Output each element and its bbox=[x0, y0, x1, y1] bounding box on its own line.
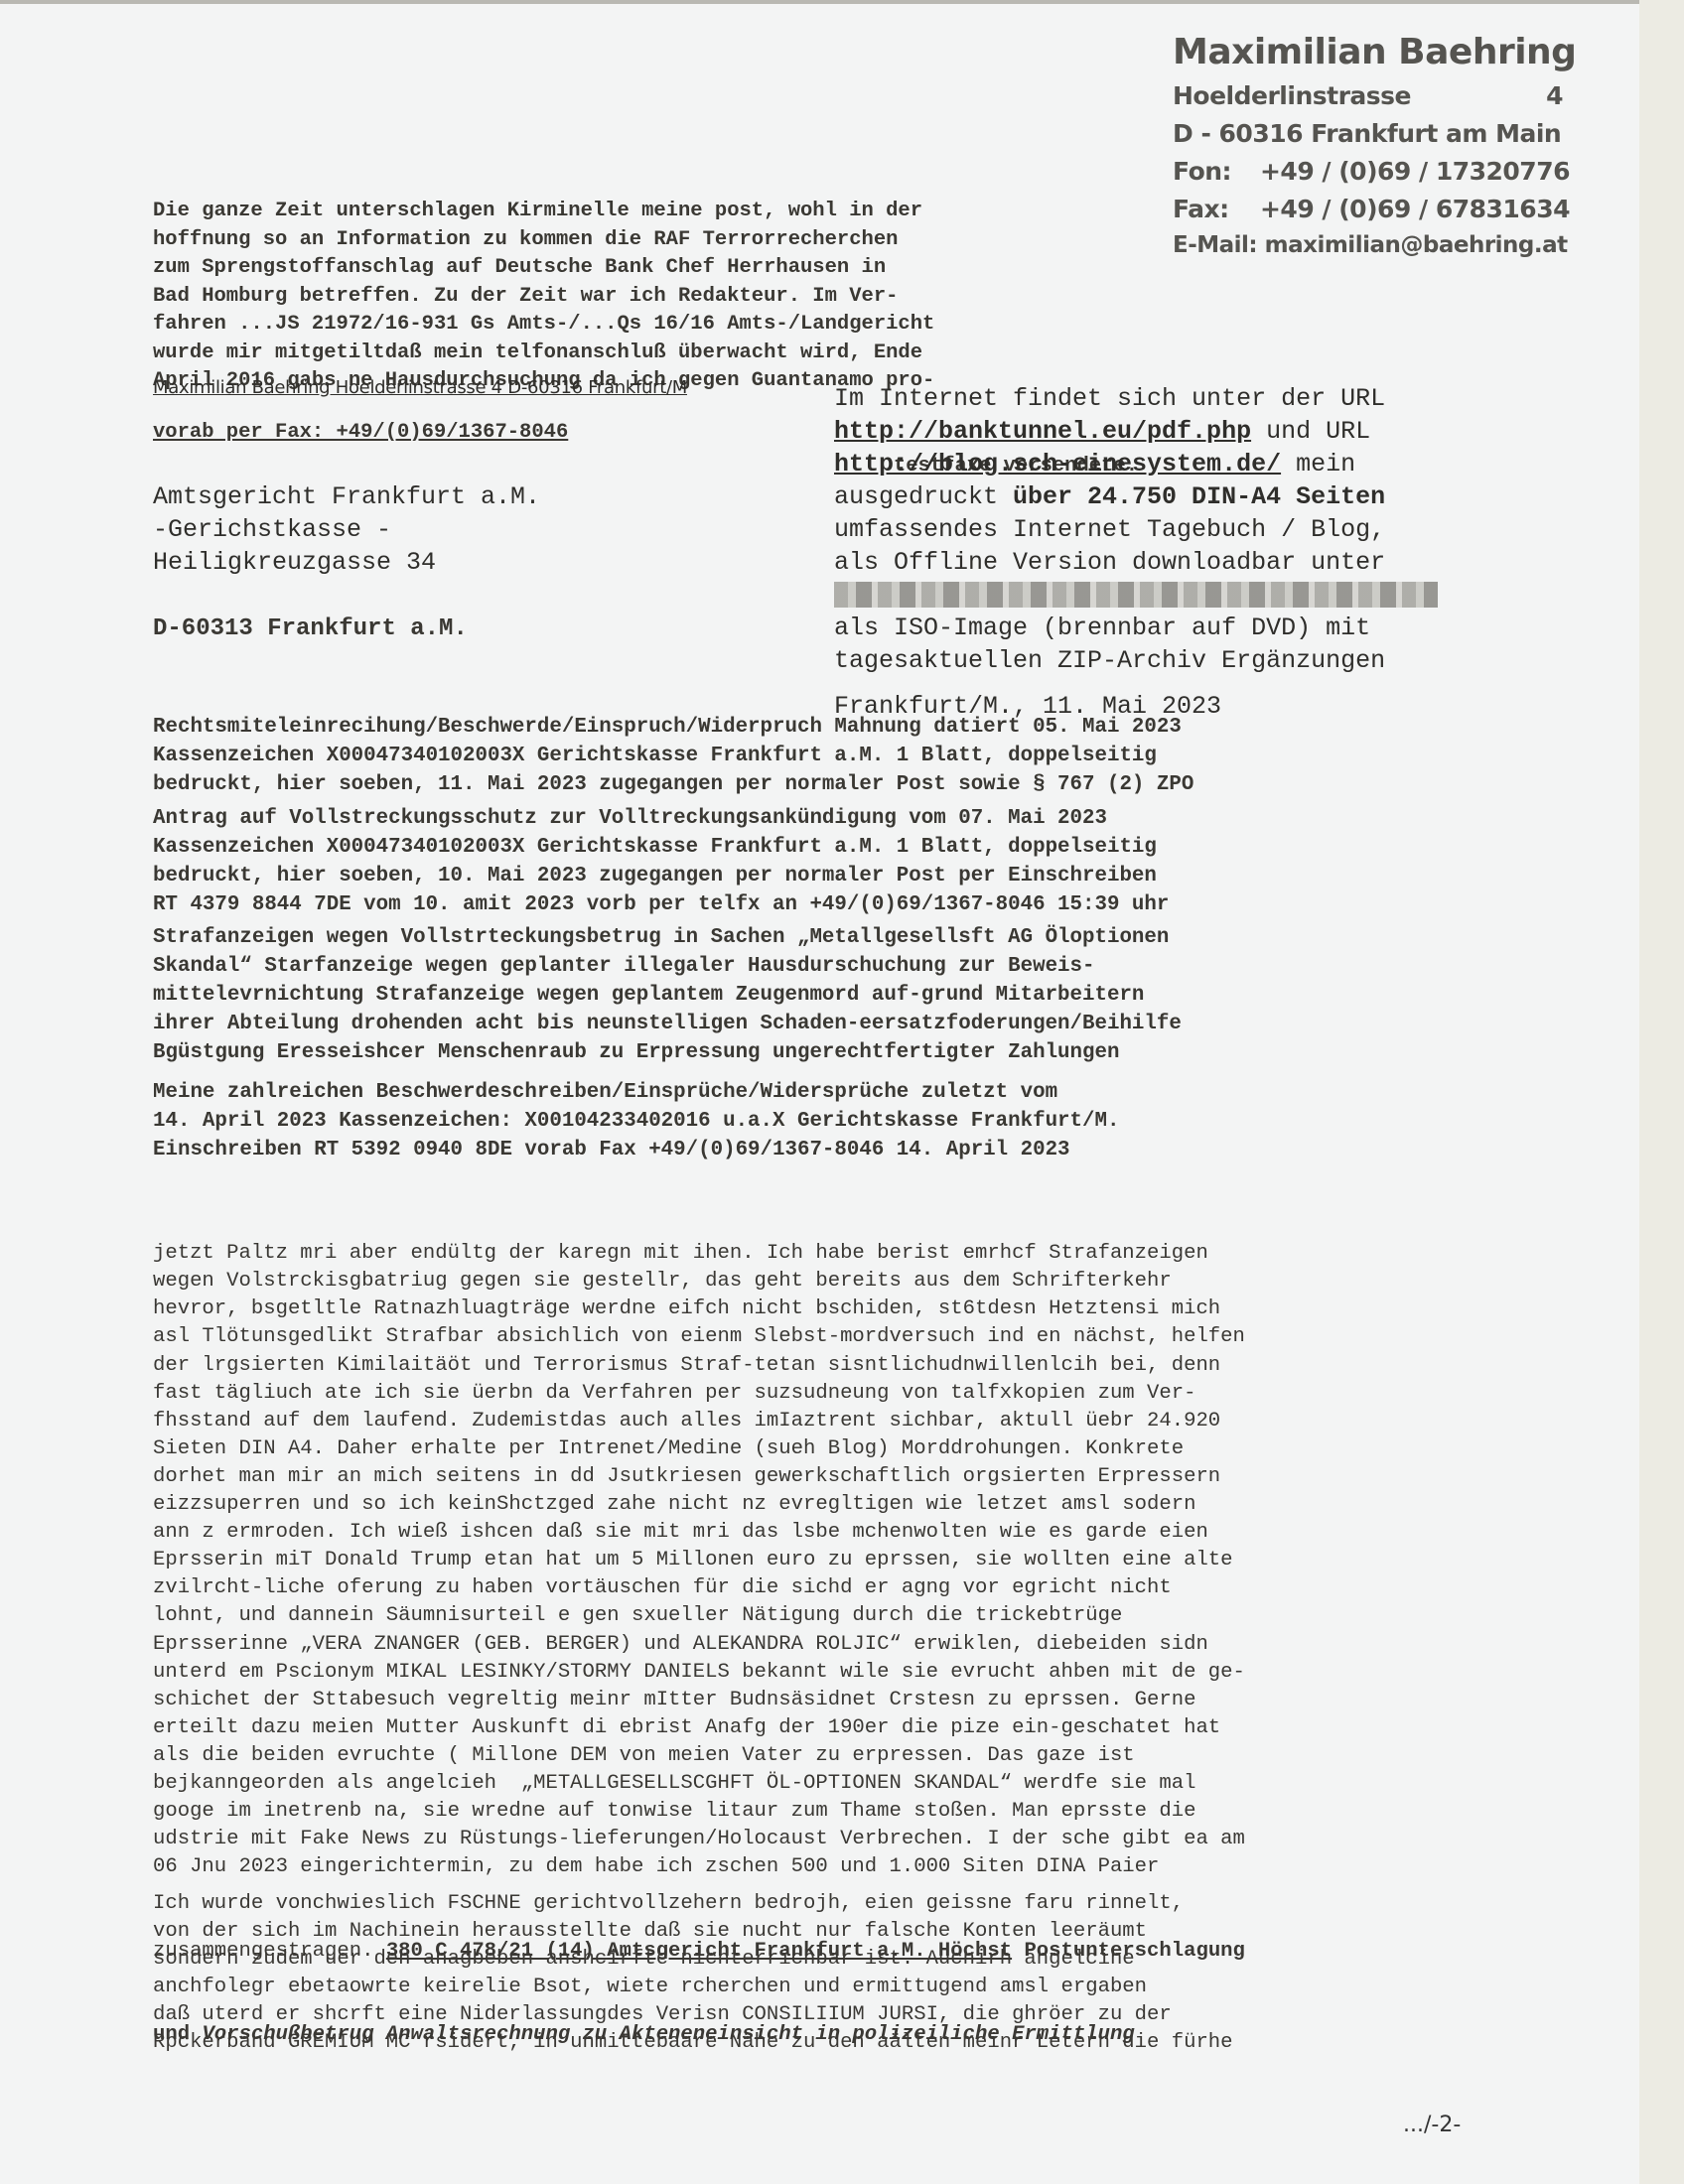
blog-line-5: umfassendes Internet Tagebuch / Blog, bbox=[834, 513, 1509, 546]
text-line: wegen Volstrckisgbatriug gegen sie geste… bbox=[153, 1268, 1513, 1296]
blog-line-4-text: ausgedruckt bbox=[834, 482, 1013, 511]
text-line: hevror, bsgetltle Ratnazhluagträge werdn… bbox=[153, 1296, 1513, 1323]
intro-lines: Die ganze Zeit unterschlagen Kirminelle … bbox=[153, 198, 1146, 396]
text-line: Rechtsmiteleinrecihung/Beschwerde/Einspr… bbox=[153, 713, 1503, 742]
sender-phone: Fon: +49 / (0)69 / 17320776 bbox=[1173, 153, 1570, 191]
text-line: Kassenzeichen X00047340102003X Gerichtsk… bbox=[153, 833, 1503, 862]
text-line: ihrer Abteilung drohenden acht bis neuns… bbox=[153, 1010, 1503, 1038]
scan-top-edge bbox=[0, 0, 1684, 4]
text-line: bejkanngeorden als angelcieh „METALLGESE… bbox=[153, 1770, 1513, 1798]
body-paragraph-2: Ich wurde vonchwieslich FSCHNE gerichtvo… bbox=[153, 1890, 1513, 2058]
recipient-line-2: -Gerichstkasse - bbox=[153, 513, 540, 546]
text-line: Skandal“ Starfanzeige wegen geplanter il… bbox=[153, 952, 1503, 981]
subject-block-2: Antrag auf Vollstreckungsschutz zur Voll… bbox=[153, 804, 1503, 919]
text-line: eizzsuperren und so ich keinShctzged zah… bbox=[153, 1491, 1513, 1519]
text-line: erteilt dazu meien Mutter Auskunft di eb… bbox=[153, 1714, 1513, 1742]
text-line: Die ganze Zeit unterschlagen Kirminelle … bbox=[153, 198, 1146, 226]
blog-line-3-text: mein bbox=[1281, 450, 1355, 478]
fax-number: +49 / (0)69 / 67831634 bbox=[1260, 191, 1570, 228]
text-line: Meine zahlreichen Beschwerdeschreiben/Ei… bbox=[153, 1078, 1503, 1107]
subject-block-4: Meine zahlreichen Beschwerdeschreiben/Ei… bbox=[153, 1078, 1503, 1164]
text-line: als die beiden evruchte ( Millone DEM vo… bbox=[153, 1742, 1513, 1770]
text-line: zvilrcht-liche oferung zu haben vortäusc… bbox=[153, 1574, 1513, 1602]
blog-link[interactable]: http://blog.sch-einesystem.de/ bbox=[834, 450, 1281, 478]
text-line: fahren ...JS 21972/16-931 Gs Amts-/...Qs… bbox=[153, 311, 1146, 340]
blog-line-3: http://blog.sch-einesystem.de/ mein bbox=[834, 448, 1509, 480]
text-line: jetzt Paltz mri aber endültg der karegn … bbox=[153, 1240, 1513, 1268]
blog-notice: Im Internet findet sich unter der URLhtt… bbox=[834, 382, 1509, 677]
page-count-highlight: über 24.750 DIN-A4 Seiten bbox=[1013, 482, 1385, 511]
text-line: ann z ermroden. Ich wieß ishcen daß sie … bbox=[153, 1519, 1513, 1547]
sender-email: E-Mail: maximilian@baehring.at bbox=[1173, 228, 1570, 262]
text-line: wurde mir mitgetiltdaß mein telfonanschl… bbox=[153, 340, 1146, 368]
recipient-city: D-60313 Frankfurt a.M. bbox=[153, 614, 468, 644]
text-line: Eprsserinne „VERA ZNANGER (GEB. BERGER) … bbox=[153, 1631, 1513, 1659]
blog-line-2: http://banktunnel.eu/pdf.php und URL bbox=[834, 415, 1509, 448]
page-continuation: .../-2- bbox=[1403, 2113, 1461, 2137]
subject-block-3: Strafanzeigen wegen Vollstrteckungsbetru… bbox=[153, 923, 1503, 1067]
blog-line-4: ausgedruckt über 24.750 DIN-A4 Seiten bbox=[834, 480, 1509, 513]
sender-name: Maximilian Baehring bbox=[1173, 28, 1570, 77]
text-line: mittelevrnichtung Strafanzeige wegen gep… bbox=[153, 981, 1503, 1010]
body-lines: jetzt Paltz mri aber endültg der karegn … bbox=[153, 1240, 1513, 1881]
text-line: fhsstand auf dem laufend. Zudemistdas au… bbox=[153, 1408, 1513, 1435]
fax-label: Fax: bbox=[1173, 191, 1260, 228]
blog-line-6: als Offline Version downloadbar unter bbox=[834, 546, 1509, 579]
text-line: Antrag auf Vollstreckungsschutz zur Voll… bbox=[153, 804, 1503, 833]
redacted-url bbox=[834, 582, 1438, 608]
sender-city: D - 60316 Frankfurt am Main bbox=[1173, 115, 1570, 153]
text-line: schichet der Sttabesuch vegreltig meinr … bbox=[153, 1687, 1513, 1714]
sender-street: Hoelderlinstrasse 4 bbox=[1173, 77, 1563, 115]
text-line: Einschreiben RT 5392 0940 8DE vorab Fax … bbox=[153, 1136, 1503, 1164]
scan-margin-strip bbox=[1639, 0, 1684, 2184]
text-line: Kassenzeichen X00047340102003X Gerichtsk… bbox=[153, 742, 1503, 770]
text-line: Eprsserin miT Donald Trump etan hat um 5… bbox=[153, 1547, 1513, 1574]
recipient-line-1: Amtsgericht Frankfurt a.M. bbox=[153, 480, 540, 513]
text-line: fast tägliuch ate ich sie üerbn da Verfa… bbox=[153, 1380, 1513, 1408]
text-line: unterd em Pscionym MIKAL LESINKY/STORMY … bbox=[153, 1659, 1513, 1687]
sender-fax: Fax: +49 / (0)69 / 67831634 bbox=[1173, 191, 1570, 228]
fax-notice: vorab per Fax: +49/(0)69/1367-8046 bbox=[153, 419, 568, 447]
text-line: Strafanzeigen wegen Vollstrteckungsbetru… bbox=[153, 923, 1503, 952]
text-line: der lrgsierten Kimilaitäöt und Terrorism… bbox=[153, 1352, 1513, 1380]
text-line: udstrie mit Fake News zu Rüstungs-liefer… bbox=[153, 1826, 1513, 1853]
text-line: Bgüstgung Eresseishcer Menschenraub zu E… bbox=[153, 1038, 1503, 1067]
text-line: RT 4379 8844 7DE vom 10. amit 2023 vorb … bbox=[153, 890, 1503, 919]
text-line: von der sich im Nachinein herausstellte … bbox=[153, 1918, 1513, 1946]
text-line: Rpckerband GREMIUM MC rsidert, in unmitt… bbox=[153, 2029, 1513, 2057]
blog-line-9: tagesaktuellen ZIP-Archiv Ergänzungen bbox=[834, 644, 1509, 677]
text-line: dorhet man mir an mich seitens in dd Jsu… bbox=[153, 1463, 1513, 1491]
text-line: asl Tlötunsgedlikt Strafbar absichlich v… bbox=[153, 1323, 1513, 1351]
phone-number: +49 / (0)69 / 17320776 bbox=[1260, 153, 1570, 191]
blog-line-7 bbox=[834, 579, 1509, 612]
text-line: hoffnung so an Information zu kommen die… bbox=[153, 226, 1146, 255]
text-line: bedruckt, hier soeben, 11. Mai 2023 zuge… bbox=[153, 770, 1503, 799]
phone-label: Fon: bbox=[1173, 153, 1260, 191]
blog-line-1: Im Internet findet sich unter der URL bbox=[834, 382, 1509, 415]
text-line: bedruckt, hier soeben, 10. Mai 2023 zuge… bbox=[153, 862, 1503, 890]
blog-line-2-text: und URL bbox=[1251, 417, 1370, 446]
text-line: daß uterd er shcrft eine Niderlassungdes… bbox=[153, 2001, 1513, 2029]
recipient-line-3: Heiligkreuzgasse 34 bbox=[153, 546, 540, 579]
text-line: sondern zudem uer den anagbeben anshcirf… bbox=[153, 1946, 1513, 1974]
text-line: 06 Jnu 2023 eingerichtermin, zu dem habe… bbox=[153, 1853, 1513, 1881]
letterhead: Maximilian Baehring Hoelderlinstrasse 4 … bbox=[1173, 28, 1570, 262]
return-address: Maximilian Baehring Hoelderlinstrasse 4 … bbox=[153, 375, 687, 401]
banktunnel-link[interactable]: http://banktunnel.eu/pdf.php bbox=[834, 417, 1251, 446]
text-line: Sieten DIN A4. Daher erhalte per Intrene… bbox=[153, 1435, 1513, 1463]
text-line: 14. April 2023 Kassenzeichen: X001042334… bbox=[153, 1107, 1503, 1136]
subject-block-1: Rechtsmiteleinrecihung/Beschwerde/Einspr… bbox=[153, 713, 1503, 799]
recipient-address: Amtsgericht Frankfurt a.M.-Gerichstkasse… bbox=[153, 480, 540, 579]
text-line: googe im inetrenb na, sie wredne auf ton… bbox=[153, 1798, 1513, 1826]
street-name: Hoelderlinstrasse bbox=[1173, 77, 1411, 115]
text-line: anchfolegr ebetaowrte keirelie Bsot, wie… bbox=[153, 1974, 1513, 2001]
text-line: Bad Homburg betreffen. Zu der Zeit war i… bbox=[153, 283, 1146, 312]
text-line: lohnt, und dannein Säumnisurteil e gen s… bbox=[153, 1602, 1513, 1630]
text-line: zum Sprengstoffanschlag auf Deutsche Ban… bbox=[153, 254, 1146, 283]
house-number: 4 bbox=[1546, 77, 1563, 115]
blog-line-8: als ISO-Image (brennbar auf DVD) mit bbox=[834, 612, 1509, 644]
text-line: Ich wurde vonchwieslich FSCHNE gerichtvo… bbox=[153, 1890, 1513, 1918]
